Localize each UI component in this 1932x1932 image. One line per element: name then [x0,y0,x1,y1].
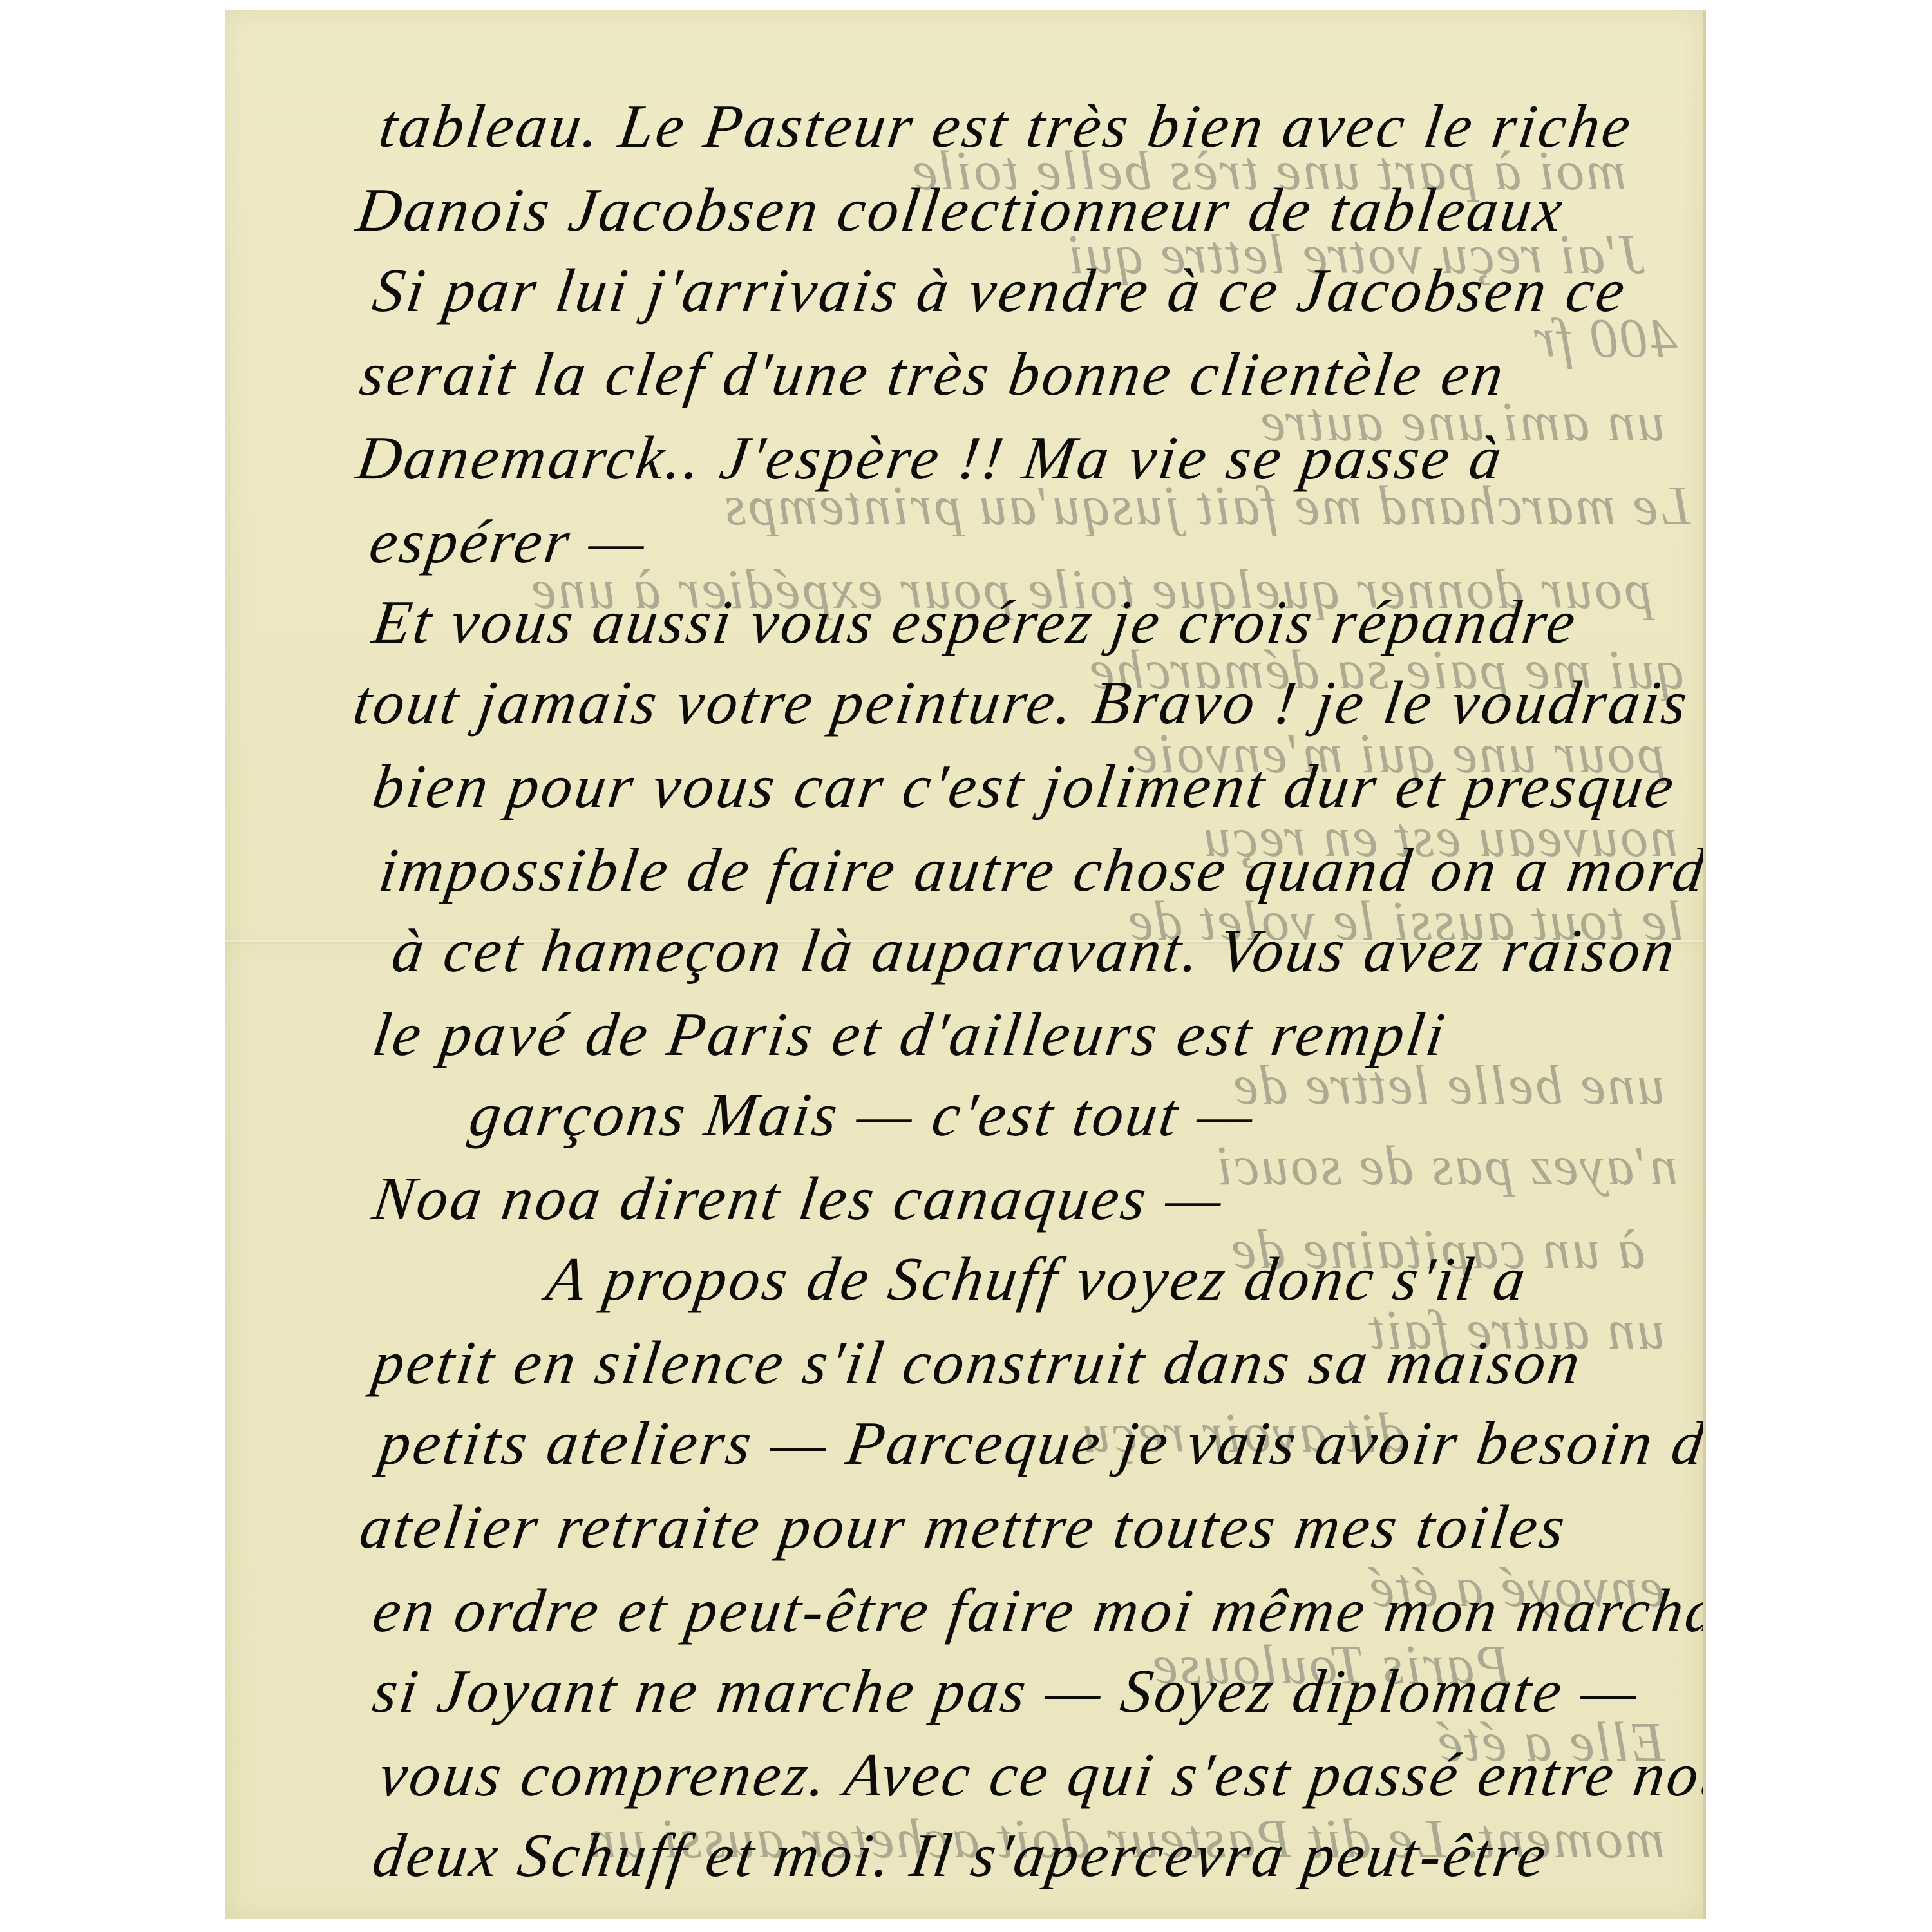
letter-line: Danemarck.. J'espère !! Ma vie se passe … [352,422,1508,493]
letter-line: Si par lui j'arrivais à vendre à ce Jaco… [368,254,1631,326]
letter-line: bien pour vous car c'est joliment dur et… [368,750,1681,822]
letter-line: petits ateliers — Parceque je vais avoir… [375,1407,1706,1479]
letter-line: Et vous aussi vous espérez je crois répa… [368,586,1582,658]
letter-line: Danois Jacobsen collectionneur de tablea… [352,174,1569,245]
letter-line: en ordre et peut-être faire moi même mon… [368,1575,1706,1646]
letter-line: vous comprenez. Avec ce qui s'est passé … [375,1739,1706,1810]
letter-line: impossible de faire autre chose quand on… [375,834,1706,905]
letter-line: serait la clef d'une très bonne clientèl… [355,338,1510,410]
letter-line: garçons Mais — c'est tout — [465,1079,1260,1150]
letter-line: à cet hameçon là auparavant. Vous avez r… [388,914,1681,986]
letter-line: atelier retraite pour mettre toutes mes … [355,1491,1571,1562]
letter-line: A propos de Schuff voyez donc s'il a [542,1243,1532,1314]
letter-line: deux Schuff et moi. Il s'apercevra peut-… [368,1819,1553,1891]
letter-line: tableau. Le Pasteur est très bien avec l… [375,90,1637,162]
letter-body: tableau. Le Pasteur est très bien avec l… [225,10,1703,1919]
letter-page: moi à part une très belle toile J'ai reç… [225,10,1706,1919]
letter-line: si Joyant ne marche pas — Soyez diplomat… [368,1655,1644,1727]
letter-line: le pavé de Paris et d'ailleurs est rempl… [368,998,1452,1070]
letter-line: petit en silence s'il construit dans sa … [368,1327,1587,1398]
letter-line: Noa noa dirent les canaques — [368,1162,1229,1234]
letter-line: tout jamais votre peinture. Bravo ! je l… [349,667,1694,738]
letter-line: espérer — [365,506,652,577]
